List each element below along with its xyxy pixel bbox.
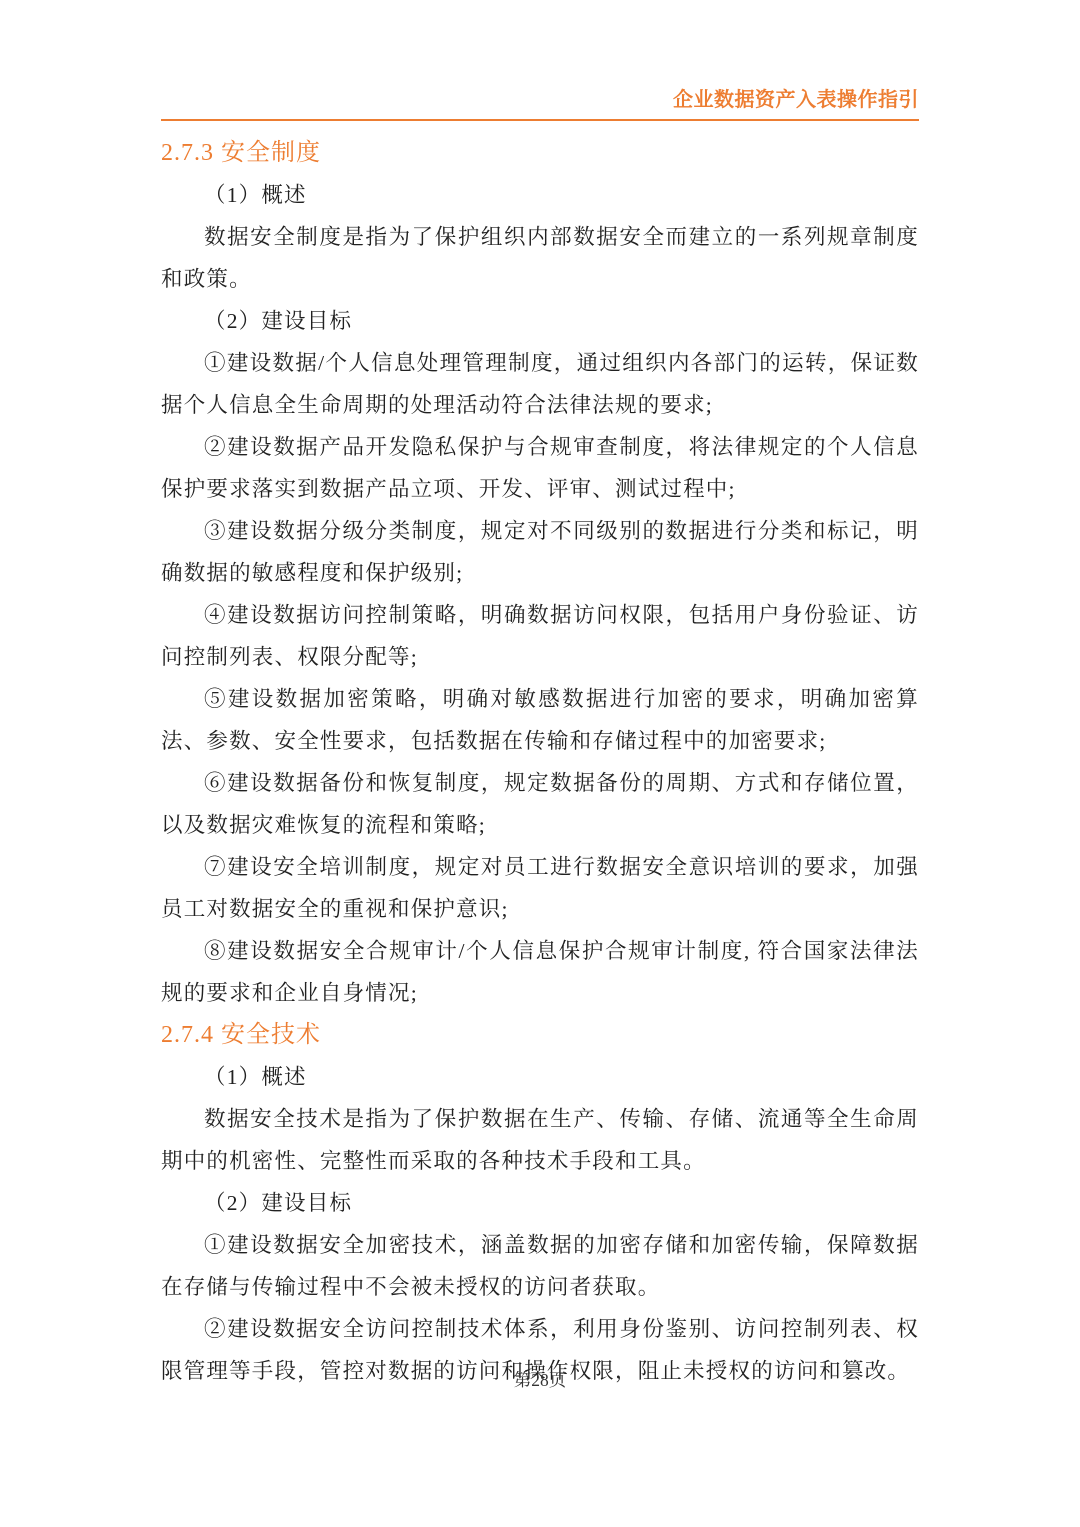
document-page: 企业数据资产入表操作指引 2.7.3 安全制度 （1）概述 数据安全制度是指为了…: [0, 0, 1080, 1527]
paragraph-goal-6: ⑥建设数据备份和恢复制度，规定数据备份的周期、方式和存储位置，以及数据灾难恢复的…: [161, 762, 919, 846]
paragraph-goal-5: ⑤建设数据加密策略，明确对敏感数据进行加密的要求，明确加密算法、参数、安全性要求…: [161, 678, 919, 762]
paragraph-overview-label: （1）概述: [161, 174, 919, 216]
header-title: 企业数据资产入表操作指引: [161, 88, 919, 112]
paragraph-goal-3: ③建设数据分级分类制度，规定对不同级别的数据进行分类和标记，明确数据的敏感程度和…: [161, 510, 919, 594]
paragraph-goal-8: ⑧建设数据安全合规审计/个人信息保护合规审计制度, 符合国家法律法规的要求和企业…: [161, 930, 919, 1014]
page-number: 第28页: [0, 1368, 1080, 1392]
paragraph-overview-text-2: 数据安全技术是指为了保护数据在生产、传输、存储、流通等全生命周期中的机密性、完整…: [161, 1098, 919, 1182]
paragraph-goal-4: ④建设数据访问控制策略，明确数据访问权限，包括用户身份验证、访问控制列表、权限分…: [161, 594, 919, 678]
paragraph-overview-text: 数据安全制度是指为了保护组织内部数据安全而建立的一系列规章制度和政策。: [161, 216, 919, 300]
paragraph-goal-1: ①建设数据/个人信息处理管理制度，通过组织内各部门的运转，保证数据个人信息全生命…: [161, 342, 919, 426]
paragraph-goals-label: （2）建设目标: [161, 300, 919, 342]
paragraph-goal-7: ⑦建设安全培训制度，规定对员工进行数据安全意识培训的要求，加强员工对数据安全的重…: [161, 846, 919, 930]
content-column: 企业数据资产入表操作指引 2.7.3 安全制度 （1）概述 数据安全制度是指为了…: [161, 0, 919, 1392]
paragraph-tech-goal-1: ①建设数据安全加密技术，涵盖数据的加密存储和加密传输，保障数据在存储与传输过程中…: [161, 1224, 919, 1308]
document-body: 2.7.3 安全制度 （1）概述 数据安全制度是指为了保护组织内部数据安全而建立…: [161, 121, 919, 1392]
paragraph-goals-label-2: （2）建设目标: [161, 1182, 919, 1224]
section-heading-2-7-4: 2.7.4 安全技术: [161, 1014, 919, 1056]
section-heading-2-7-3: 2.7.3 安全制度: [161, 132, 919, 174]
paragraph-goal-2: ②建设数据产品开发隐私保护与合规审查制度，将法律规定的个人信息保护要求落实到数据…: [161, 426, 919, 510]
page-header: 企业数据资产入表操作指引: [161, 0, 919, 121]
paragraph-overview-label-2: （1）概述: [161, 1056, 919, 1098]
